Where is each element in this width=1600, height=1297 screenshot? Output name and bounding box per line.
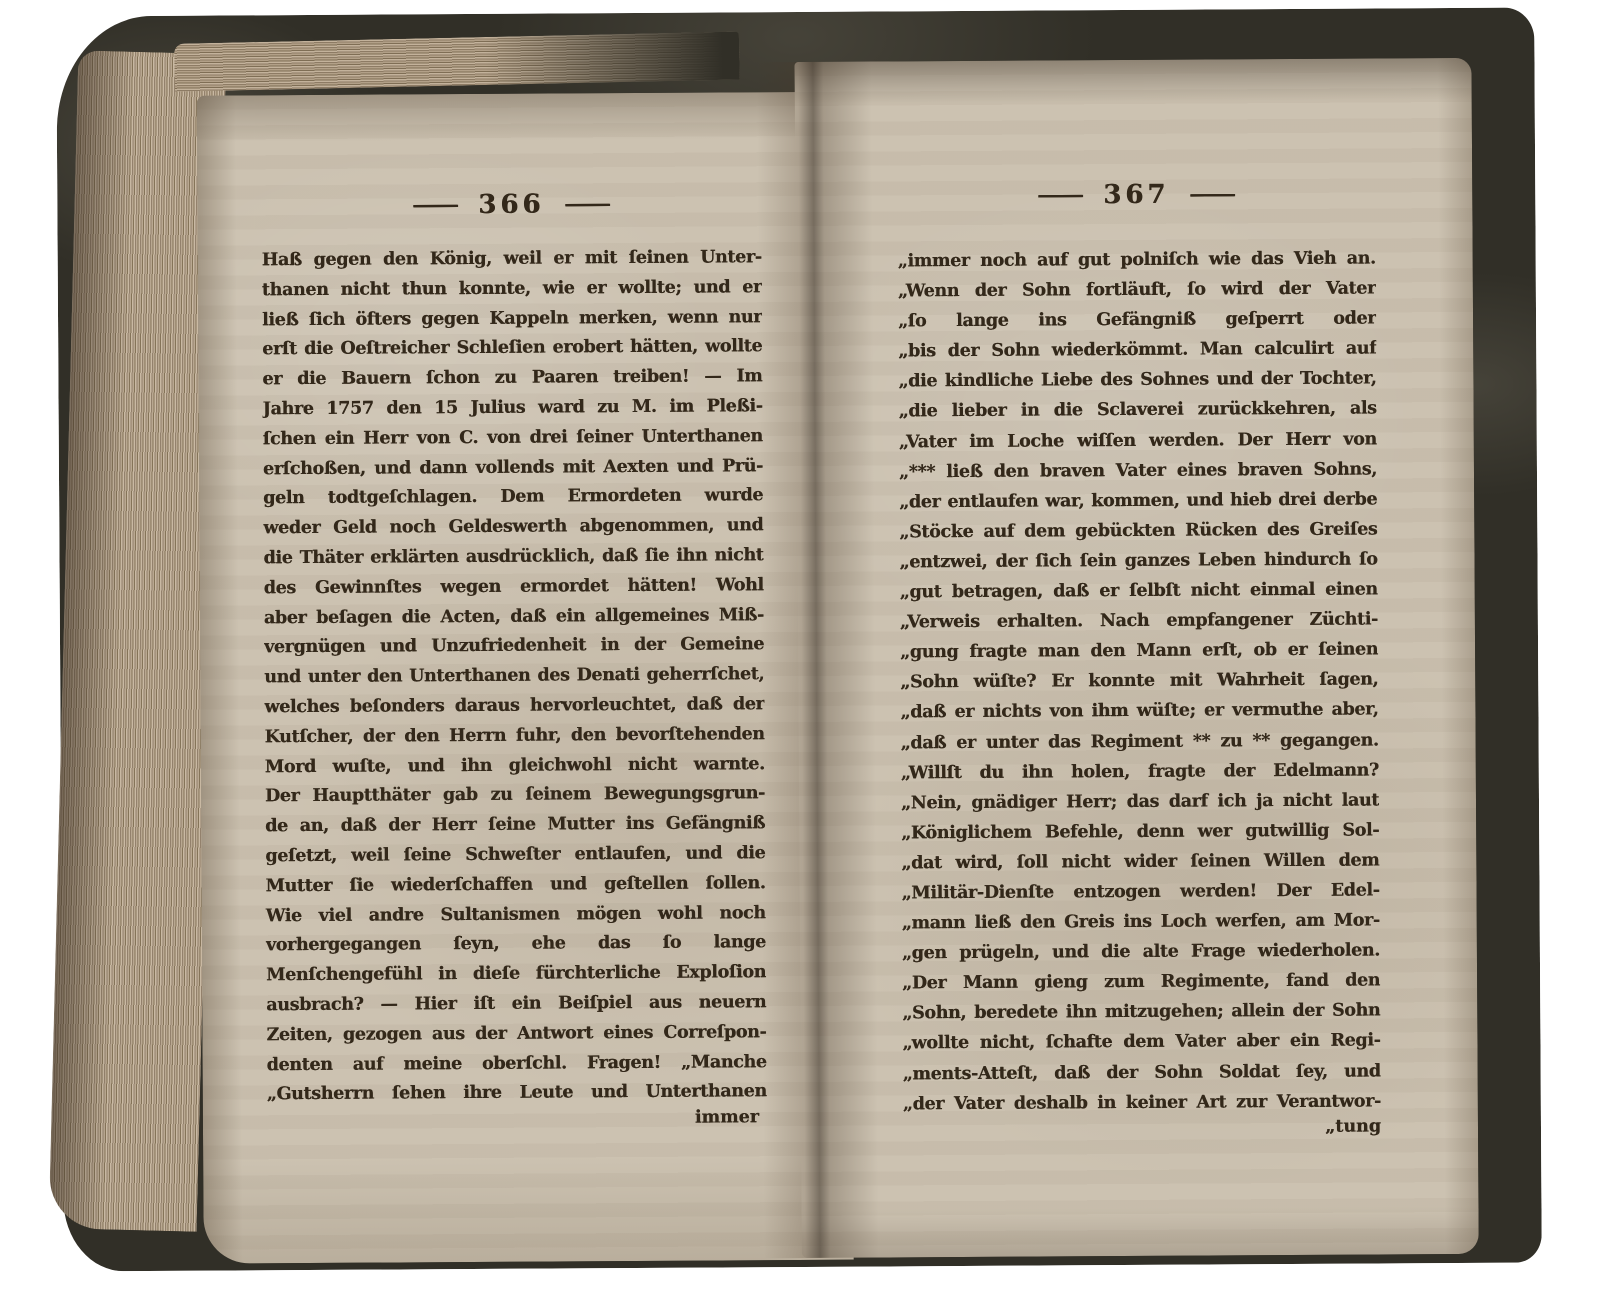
text-line: Mutter ſie wiederſchaffen und geſtellen … [265,869,765,902]
text-line: ausbrach? — Hier iſt ein Beiſpiel aus ne… [266,988,766,1021]
text-line: „der entlaufen war, kommen, und hieb dre… [899,484,1377,517]
right-page-catchword: „tung [903,1116,1381,1139]
text-line: ließ ſich öfters gegen Kappeln merken, w… [262,303,762,336]
text-line: geln todtgeſchlagen. Dem Ermordeten wurd… [263,482,763,515]
header-dash: — [1188,183,1238,206]
text-line: „mann ließ den Greis ins Loch werfen, am… [902,906,1380,939]
text-line: Zeiten, gezogen aus der Antwort eines Co… [266,1018,766,1051]
text-line: „die kindliche Liebe des Sohnes und der … [898,364,1376,397]
text-line: und unter den Unterthanen des Denati geh… [264,660,764,693]
text-line: vorhergegangen ſeyn, ehe das ſo lange ti… [266,929,766,962]
text-line: „daß er nichts von ihm wüſte; er vermuth… [900,695,1378,728]
open-book: — 366 — — 367 — Haß gegen den König, wei… [56,7,1542,1271]
left-page-catchword: immer [267,1107,759,1130]
left-page-header: — 366 — [261,188,761,221]
text-line: Haß gegen den König, weil er mit ſeinen … [262,243,762,276]
text-line: die Thäter erklärten ausdrücklich, daß ſ… [263,541,763,574]
text-line: „Gutsherrn ſehen ihre Leute und Untertha… [267,1078,767,1111]
header-dash: — [1035,184,1085,207]
text-line: thanen nicht thun konnte, wie er wollte;… [262,273,762,306]
text-line: er die Bauern ſchon zu Paaren treiben! —… [262,362,762,395]
text-line: „die lieber in die Sclaverei zurückkehre… [899,394,1377,427]
text-line: „Sohn, beredete ihn mitzugehen; allein d… [902,996,1380,1029]
text-line: „ſo lange ins Gefängniß geſperrt oder ge… [898,304,1376,337]
text-line: Kutſcher, der den Herrn fuhr, den bevorſ… [265,720,765,753]
text-line: „Königlichem Befehle, denn wer gutwillig… [901,815,1379,848]
right-page-text: „immer noch auf gut polniſch wie das Vie… [898,243,1381,1119]
text-line: Mord wuſte, und ihn gleichwohl nicht war… [265,750,765,783]
text-line: erſchoßen, und dann vollends mit Aexten … [263,452,763,485]
text-line: Der Hauptthäter gab zu ſeinem Bewegungsg… [265,780,765,813]
header-dash: — [563,193,613,216]
text-line: erſt die Oeſtreicher Schleſien erobert h… [262,333,762,366]
text-line: „wollte nicht, ſchafte dem Vater aber ei… [902,1026,1380,1059]
gutter-shadow [756,62,878,1259]
text-line: „der Vater deshalb in keiner Art zur Ver… [903,1086,1381,1119]
text-line: „Sohn wüſte? Er konnte mit Wahrheit ſage… [900,665,1378,698]
text-line: „gung fragte man den Mann erſt, ob er ſe… [900,635,1378,668]
text-line: „Militär-Dienſte entzogen werden! Der Ed… [901,875,1379,908]
text-line: Jahre 1757 den 15 Julius ward zu M. im P… [262,392,762,425]
text-line: „Nein, gnädiger Herr; das darf ich ja ni… [901,785,1379,818]
text-line: „*** ließ den braven Vater eines braven … [899,454,1377,487]
text-line: „ments-Atteſt, daß der Sohn Soldat ſey, … [903,1056,1381,1089]
text-line: „Der Mann gieng zum Regimente, fand den [902,966,1380,999]
text-line: Menſchengefühl in dieſe fürchterliche Ex… [266,958,766,991]
text-line: des Gewinnſtes wegen ermordet hätten! Wo… [264,571,764,604]
text-line: „daß er unter das Regiment ** zu ** gega… [901,725,1379,758]
text-line: denten auf meine oberſchl. Fragen! „Manc… [267,1048,767,1081]
text-line: geſetzt, weil ſeine Schweſter entlaufen,… [265,839,765,872]
book-photo: — 366 — — 367 — Haß gegen den König, wei… [0,0,1600,1297]
text-line: „immer noch auf gut polniſch wie das Vie… [898,243,1376,276]
text-line: Wie viel andre Sultanismen mögen wohl no… [266,899,766,932]
text-line: „Vater im Loche wiſſen werden. Der Herr … [899,424,1377,457]
right-page-number: 367 [1103,180,1169,210]
text-line: „Willſt du ihn holen, fragte der Edelman… [901,755,1379,788]
text-line: „bis der Sohn wiederkömmt. Man calculirt… [898,334,1376,367]
right-page-header: — 367 — [897,178,1375,211]
left-page-number: 366 [478,190,544,220]
text-line: „Wenn der Sohn fortläuft, ſo wird der Va… [898,274,1376,307]
text-line: welches beſonders daraus hervorleuchtet,… [264,690,764,723]
text-line: weder Geld noch Geldeswerth abgenommen, … [263,511,763,544]
text-line: „entzwei, der ſich ſein ganzes Leben hin… [899,544,1377,577]
text-line: aber beſagen die Acten, daß ein allgemei… [264,601,764,634]
header-dash: — [410,194,460,217]
text-line: ſchen ein Herr von C. von drei ſeiner Un… [263,422,763,455]
text-line: vergnügen und Unzufriedenheit in der Gem… [264,631,764,664]
text-line: „dat wird, ſoll nicht wider ſeinen Wille… [901,845,1379,878]
left-page-text: Haß gegen den König, weil er mit ſeinen … [262,243,767,1110]
text-line: „Verweis erhalten. Nach empfangener Züch… [900,605,1378,638]
text-line: „gen prügeln, und die alte Frage wiederh… [902,936,1380,969]
text-line: „gut betragen, daß er ſelbſt nicht einma… [900,574,1378,607]
text-line: „Stöcke auf dem gebückten Rücken des Gre… [899,514,1377,547]
text-line: de an, daß der Herr ſeine Mutter ins Gef… [265,809,765,842]
